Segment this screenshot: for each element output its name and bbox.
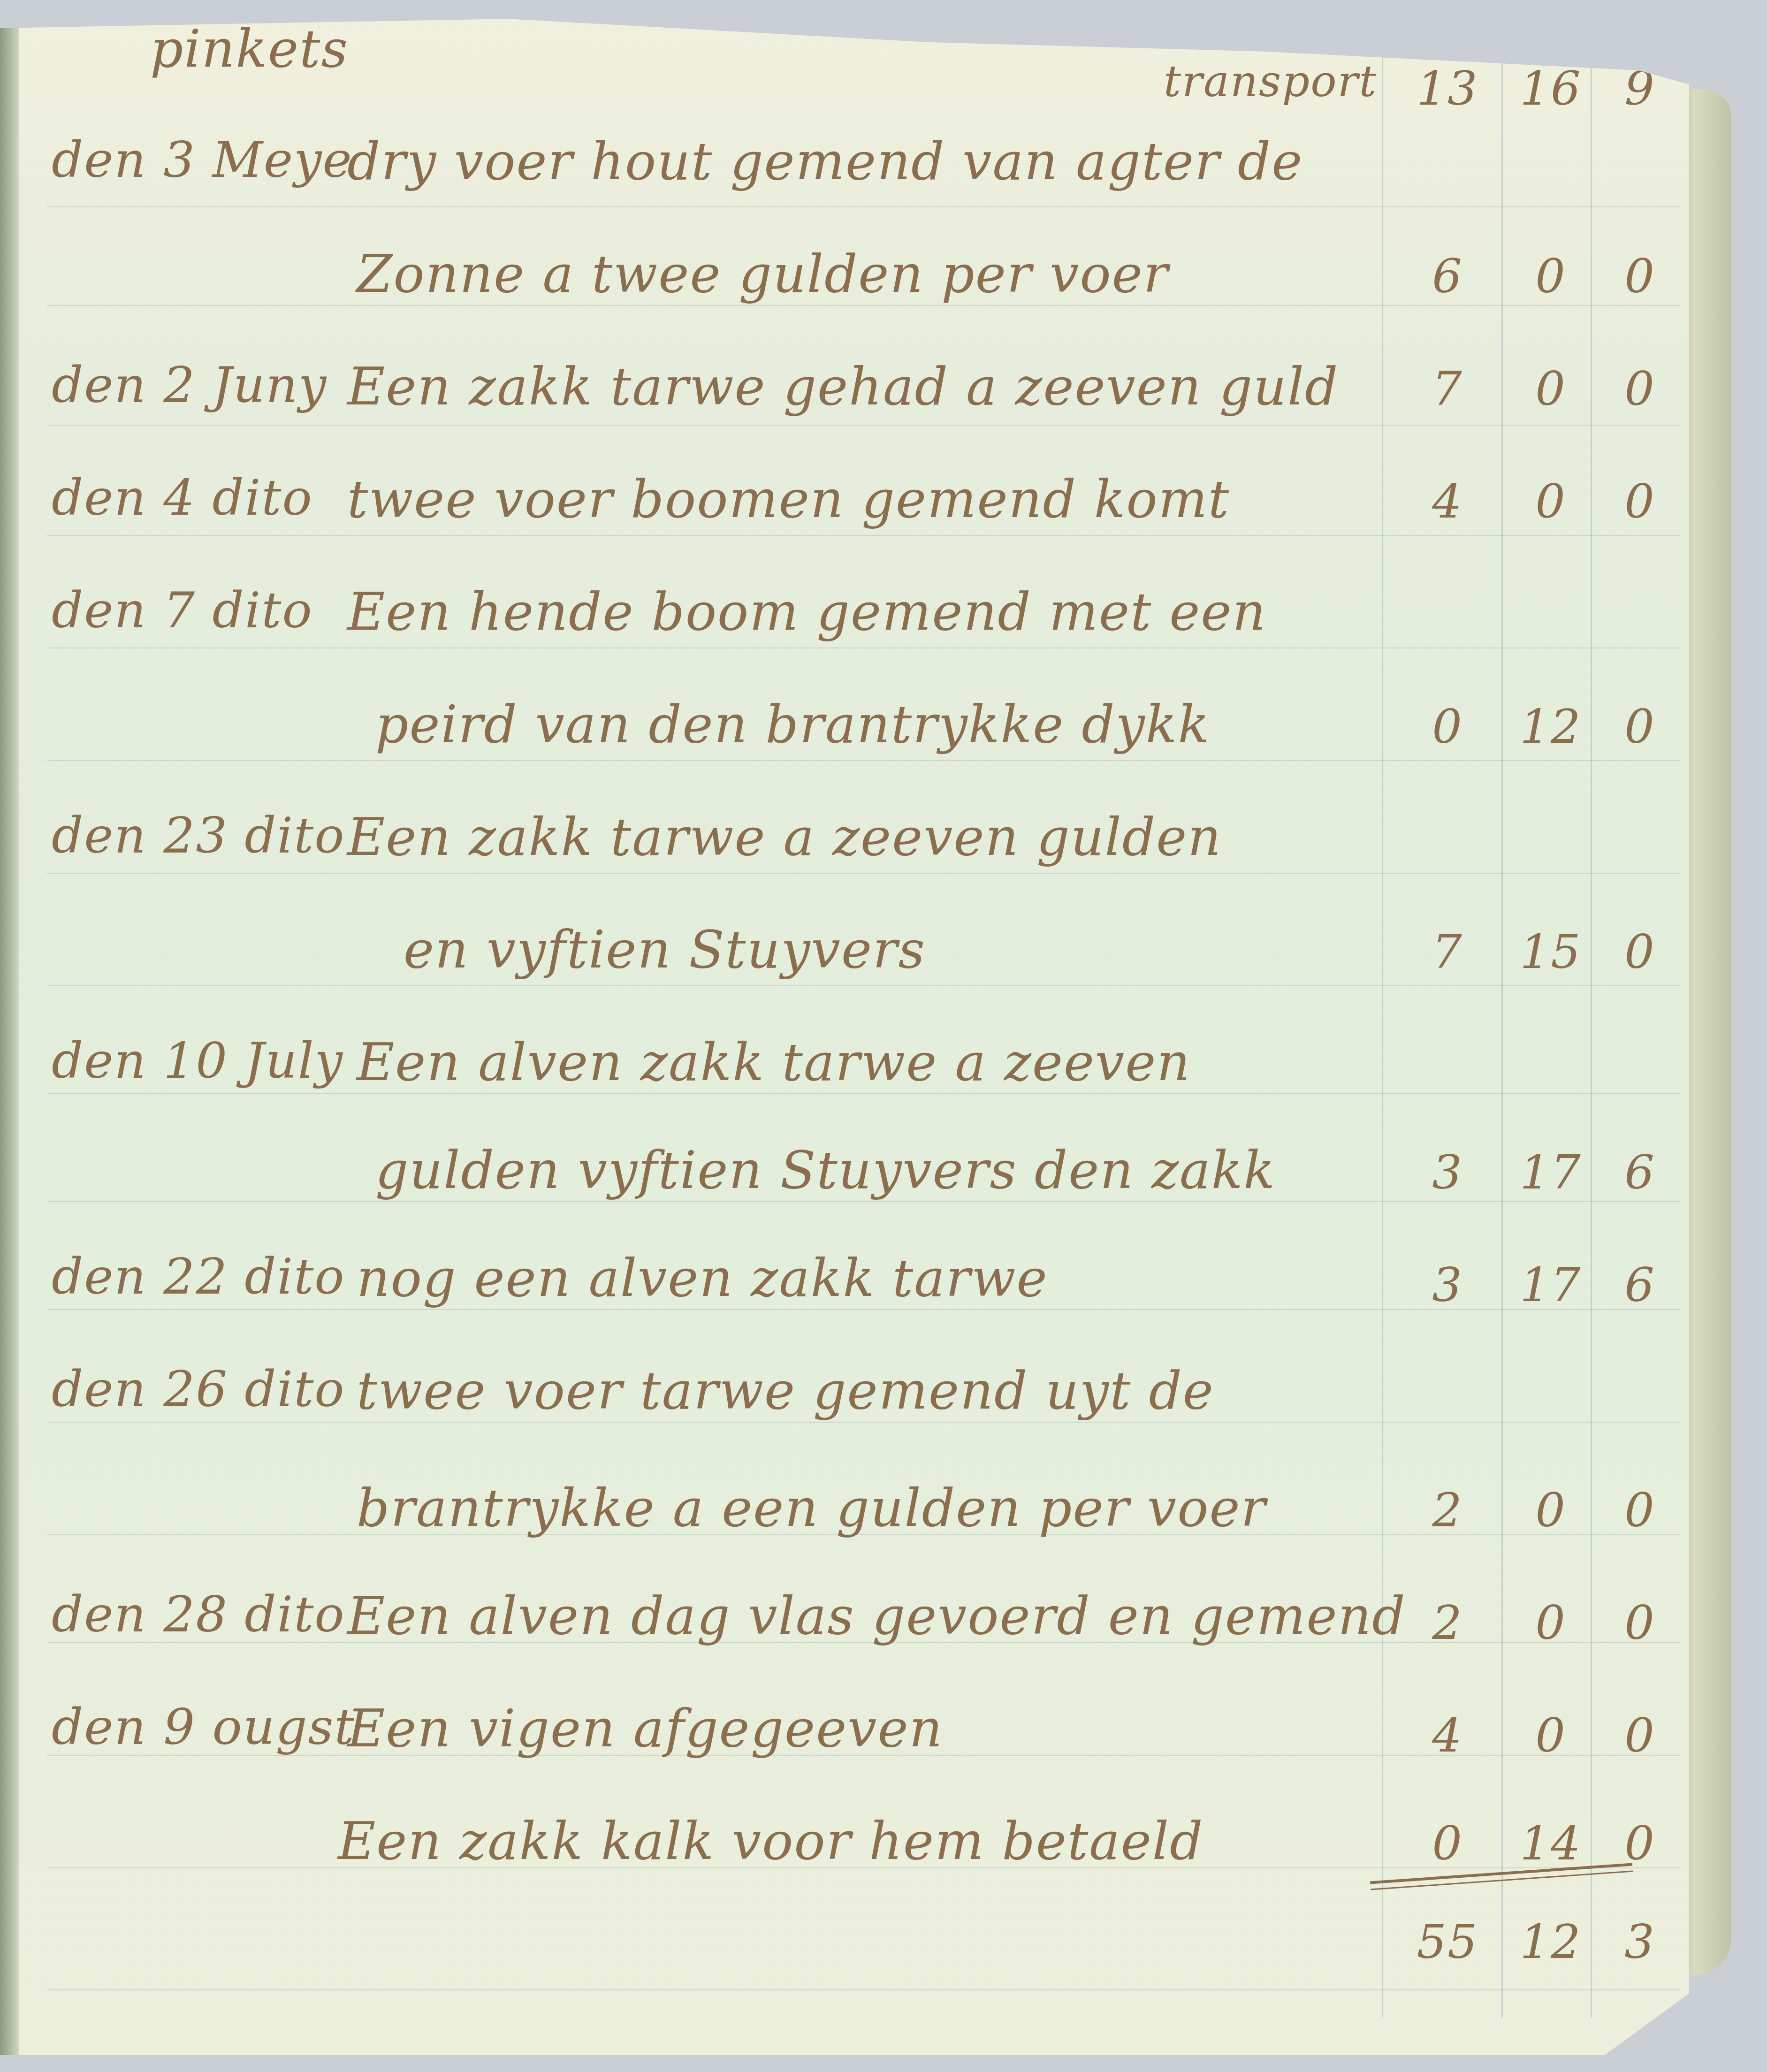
entry-stuivers: 0 — [1516, 1595, 1586, 1650]
ruled-line — [47, 1201, 1680, 1202]
entry-date: den 28 dito — [52, 1586, 345, 1643]
entry-gulden: 2 — [1412, 1595, 1483, 1650]
transport-stuivers: 16 — [1516, 61, 1586, 116]
entry-stuivers: 0 — [1516, 249, 1586, 304]
entry-text: Een vigen afgegeeven — [347, 1699, 943, 1759]
entry-date: den 9 ougst — [52, 1699, 355, 1756]
entry-date: den 4 dito — [52, 469, 313, 526]
binding-spine — [0, 0, 19, 2072]
entry-penningen: 0 — [1605, 1483, 1675, 1538]
ruled-line — [47, 1989, 1680, 1990]
entry-stuivers: 14 — [1516, 1816, 1586, 1871]
entry-gulden: 6 — [1412, 249, 1483, 304]
entry-text: Een zakk tarwe a zeeven gulden — [347, 807, 1222, 867]
entry-date: den 26 dito — [52, 1361, 345, 1418]
entry-text: dry voer hout gemend van agter de — [347, 131, 1303, 191]
entry-date: den 22 dito — [52, 1248, 345, 1305]
entry-gulden: 7 — [1412, 924, 1483, 979]
ruled-line — [47, 760, 1680, 761]
entry-date: den 3 Meye — [52, 131, 353, 189]
entry-stuivers: 0 — [1516, 474, 1586, 529]
entry-penningen: 0 — [1605, 249, 1675, 304]
ledger-page: pinkets transport 13 16 9 den 3 Meye dry… — [0, 0, 1689, 2055]
entry-gulden: 4 — [1412, 474, 1483, 529]
ruled-line — [47, 873, 1680, 874]
penningen-column-line — [1591, 47, 1592, 2018]
ruled-line — [47, 985, 1680, 986]
total-stuivers: 12 — [1516, 1914, 1586, 1969]
entry-text: twee voer tarwe gemend uyt de — [357, 1361, 1214, 1421]
ruled-line — [47, 1093, 1680, 1094]
entry-text: Een zakk kalk voor hem betaeld — [338, 1811, 1203, 1871]
entry-text: brantrykke a een gulden per voer — [357, 1478, 1266, 1538]
total-penningen: 3 — [1605, 1914, 1675, 1969]
transport-label: transport — [1164, 56, 1378, 107]
entry-penningen: 0 — [1605, 361, 1675, 416]
ruled-line — [47, 305, 1680, 306]
entry-date: den 10 July — [52, 1032, 343, 1089]
entry-gulden: 4 — [1412, 1708, 1483, 1763]
entry-penningen: 0 — [1605, 924, 1675, 979]
entry-text: en vyftien Stuyvers — [404, 920, 926, 980]
entry-date: den 23 dito — [52, 807, 345, 864]
gulden-column-line — [1382, 47, 1383, 2018]
entry-stuivers: 17 — [1516, 1145, 1586, 1200]
entry-stuivers: 17 — [1516, 1257, 1586, 1312]
entry-stuivers: 12 — [1516, 699, 1586, 754]
entry-text: peird van den brantrykke dykk — [375, 694, 1210, 754]
entry-text: Een hende boom gemend met een — [347, 582, 1266, 642]
entry-penningen: 0 — [1605, 1816, 1675, 1871]
entry-stuivers: 0 — [1516, 1483, 1586, 1538]
entry-penningen: 0 — [1605, 474, 1675, 529]
entry-stuivers: 0 — [1516, 1708, 1586, 1763]
entry-gulden: 2 — [1412, 1483, 1483, 1538]
entry-penningen: 0 — [1605, 699, 1675, 754]
ruled-line — [47, 1422, 1680, 1423]
transport-gulden: 13 — [1412, 61, 1483, 116]
entry-date: den 7 dito — [52, 582, 313, 639]
stuivers-column-line — [1501, 47, 1503, 2018]
entry-text: Een zakk tarwe gehad a zeeven guld — [347, 357, 1339, 417]
entry-gulden: 3 — [1412, 1257, 1483, 1312]
entry-penningen: 0 — [1605, 1595, 1675, 1650]
entry-date: den 2 Juny — [52, 357, 327, 414]
total-gulden: 55 — [1412, 1914, 1483, 1969]
entry-gulden: 3 — [1412, 1145, 1483, 1200]
ruled-line — [47, 535, 1680, 536]
entry-penningen: 6 — [1605, 1145, 1675, 1200]
entry-penningen: 0 — [1605, 1708, 1675, 1763]
ruled-line — [47, 425, 1680, 426]
entry-gulden: 0 — [1412, 1816, 1483, 1871]
transport-penningen: 9 — [1605, 61, 1675, 116]
entry-text: gulden vyftien Stuyvers den zakk — [375, 1140, 1276, 1200]
entry-gulden: 0 — [1412, 699, 1483, 754]
entry-gulden: 7 — [1412, 361, 1483, 416]
ruled-line — [47, 206, 1680, 207]
entry-text: nog een alven zakk tarwe — [357, 1248, 1048, 1308]
entry-text: Een alven dag vlas gevoerd en gemend — [347, 1586, 1406, 1646]
ruled-line — [47, 647, 1680, 648]
entry-stuivers: 0 — [1516, 361, 1586, 416]
entry-text: twee voer boomen gemend komt — [347, 469, 1230, 529]
entry-penningen: 6 — [1605, 1257, 1675, 1312]
entry-stuivers: 15 — [1516, 924, 1586, 979]
entry-text: Een alven zakk tarwe a zeeven — [357, 1032, 1191, 1092]
entry-text: Zonne a twee gulden per voer — [357, 244, 1169, 304]
header-note: pinkets — [150, 19, 349, 79]
